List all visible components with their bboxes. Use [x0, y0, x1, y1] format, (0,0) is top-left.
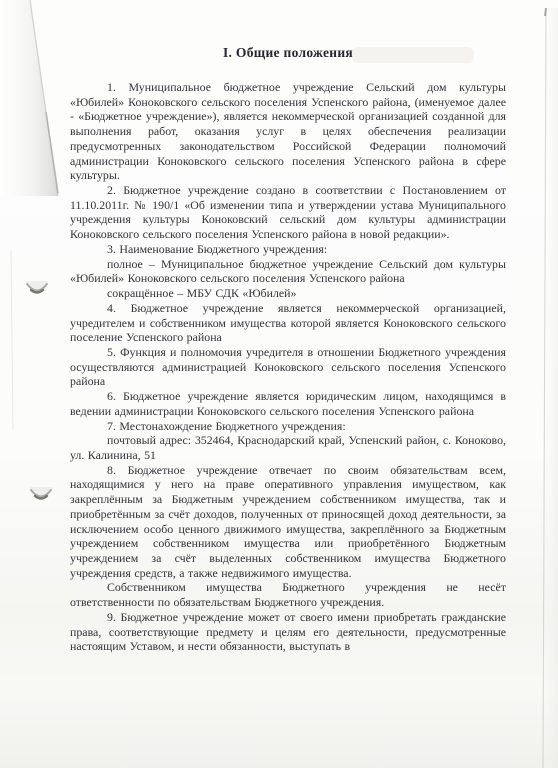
paragraph-9: 9. Бюджетное учреждение может от своего …: [70, 610, 506, 654]
page-edge-line-artifact: [543, 8, 558, 768]
paragraph-1: 1. Муниципальное бюджетное учреждение Се…: [70, 80, 506, 183]
paragraph-2: 2. Бюджетное учреждение создано в соотве…: [70, 183, 506, 242]
document-scan-page: I. Общие положения 1. Муниципальное бюдж…: [0, 0, 558, 768]
paragraph-4: 4. Бюджетное учреждение является некомме…: [70, 301, 506, 345]
section-title: I. Общие положения: [70, 45, 506, 61]
paragraph-5: 5. Функция и полномочия учредителя в отн…: [70, 345, 506, 389]
paragraph-7-address: почтовый адрес: 352464, Краснодарский кр…: [70, 433, 506, 462]
paragraph-3-full-name: полное – Муниципальное бюджетное учрежде…: [70, 257, 506, 286]
paragraph-6: 6. Бюджетное учреждение является юридиче…: [70, 389, 506, 418]
binder-hole-shadow-top-icon: [26, 281, 48, 293]
paragraph-8-owner-liability: Собственником имущества Бюджетного учреж…: [70, 580, 506, 609]
paragraph-7: 7. Местонахождение Бюджетного учреждения…: [70, 419, 506, 434]
left-edge-line-artifact: [11, 250, 13, 430]
paragraph-3: 3. Наименование Бюджетного учреждения:: [70, 242, 506, 257]
document-body: I. Общие положения 1. Муниципальное бюдж…: [70, 45, 506, 654]
paragraph-3-short-name: сокращённое – МБУ СДК «Юбилей»: [70, 286, 506, 301]
paragraph-8: 8. Бюджетное учреждение отвечает по свои…: [70, 463, 506, 581]
binder-hole-shadow-bottom-icon: [30, 487, 52, 499]
page-corner-fold-artifact: [0, 0, 58, 196]
